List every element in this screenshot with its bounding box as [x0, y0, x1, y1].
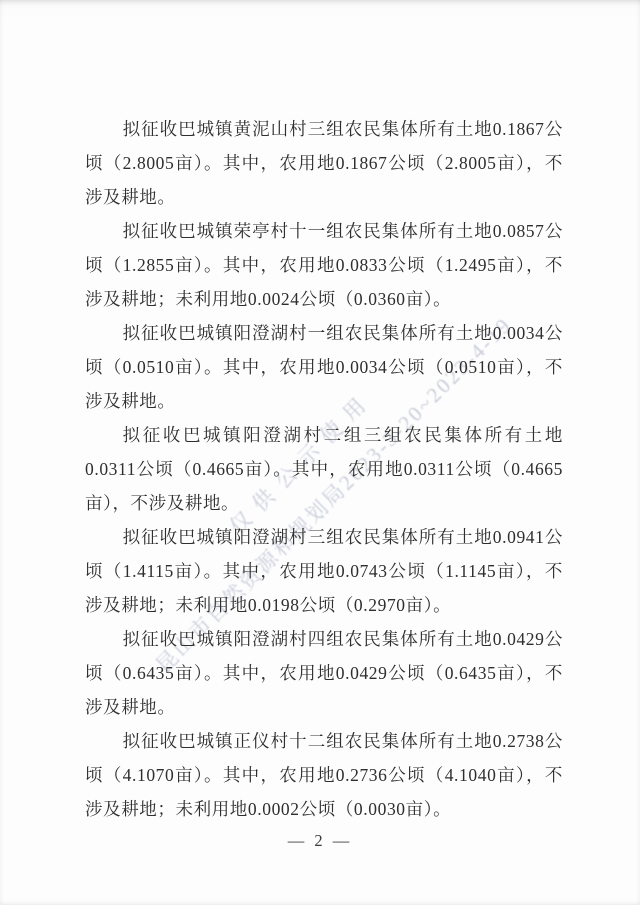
body-paragraph: 拟征收巴城镇阳澄湖村三组农民集体所有土地0.0941公顷（1.4115亩）。其中… [85, 520, 563, 622]
body-paragraph: 拟征收巴城镇黄泥山村三组农民集体所有土地0.1867公顷（2.8005亩）。其中… [85, 112, 563, 214]
body-paragraph: 拟征收巴城镇荣亭村十一组农民集体所有土地0.0857公顷（1.2855亩）。其中… [85, 214, 563, 316]
body-paragraph: 拟征收巴城镇阳澄湖村一组农民集体所有土地0.0034公顷（0.0510亩）。其中… [85, 316, 563, 418]
page-number: — 2 — [0, 831, 640, 851]
document-page: 仅供公示使用 昆山市自然资源和规划局2023-3-20~2023-4-19 拟征… [0, 0, 640, 905]
body-paragraph: 拟征收巴城镇正仪村十二组农民集体所有土地0.2738公顷（4.1070亩）。其中… [85, 724, 563, 826]
body-text-block: 拟征收巴城镇黄泥山村三组农民集体所有土地0.1867公顷（2.8005亩）。其中… [85, 112, 563, 826]
body-paragraph: 拟征收巴城镇阳澄湖村二组三组农民集体所有土地0.0311公顷（0.4665亩）。… [85, 418, 563, 520]
body-paragraph: 拟征收巴城镇阳澄湖村四组农民集体所有土地0.0429公顷（0.6435亩）。其中… [85, 622, 563, 724]
